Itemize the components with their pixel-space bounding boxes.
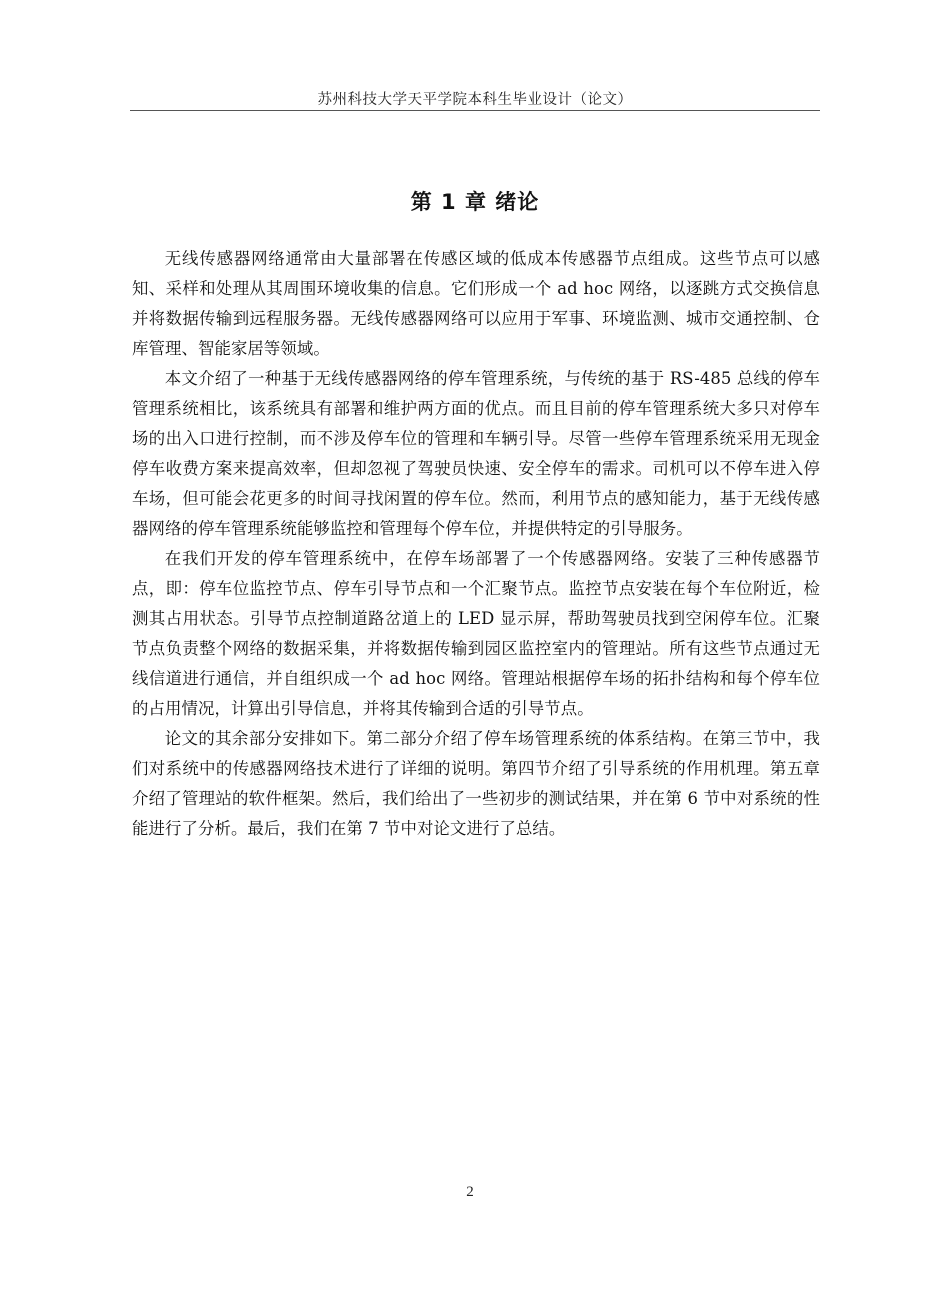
header-divider: [130, 110, 820, 111]
running-header: 苏州科技大学天平学院本科生毕业设计（论文）: [130, 88, 820, 109]
paragraph-outline: 论文的其余部分安排如下。第二部分介绍了停车场管理系统的体系结构。在第三节中，我们…: [132, 724, 820, 844]
paragraph-parking-system: 本文介绍了一种基于无线传感器网络的停车管理系统，与传统的基于 RS-485 总线…: [132, 364, 820, 544]
paragraph-intro-wsn: 无线传感器网络通常由大量部署在传感区域的低成本传感器节点组成。这些节点可以感知、…: [132, 244, 820, 364]
paragraph-system-design: 在我们开发的停车管理系统中，在停车场部署了一个传感器网络。安装了三种传感器节点，…: [132, 544, 820, 724]
page-number: 2: [430, 1184, 510, 1201]
body-text: 无线传感器网络通常由大量部署在传感区域的低成本传感器节点组成。这些节点可以感知、…: [132, 244, 820, 844]
chapter-title: 第 1 章 绪论: [130, 186, 820, 216]
